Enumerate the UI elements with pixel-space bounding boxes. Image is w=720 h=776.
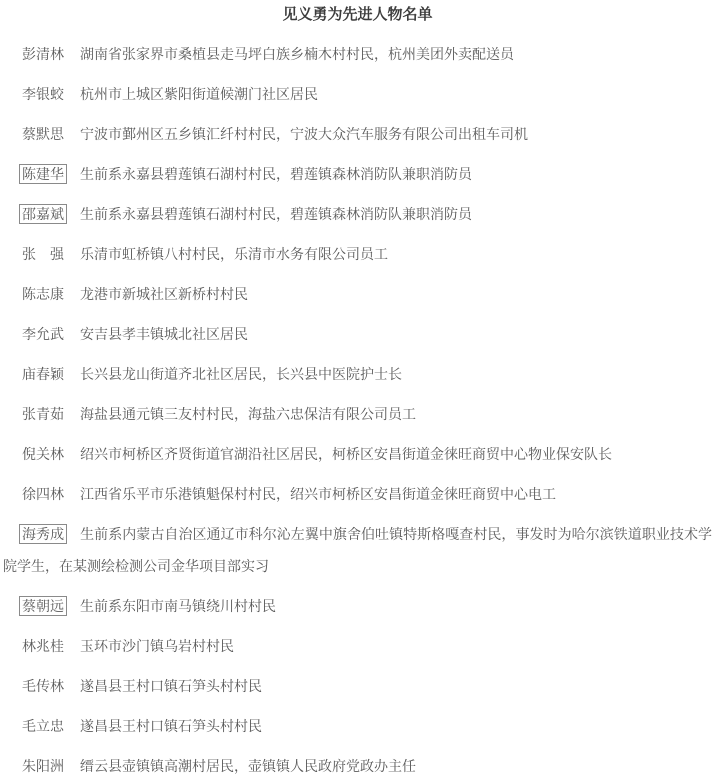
person-name: 蔡默思 [22,126,64,142]
person-description: 湖南省张家界市桑植县走马坪白族乡楠木村村民，杭州美团外卖配送员 [80,46,514,62]
person-name: 朱阳洲 [22,758,64,774]
person-name: 海秀成 [19,524,67,544]
person-name: 陈志康 [22,286,64,302]
list-item: 徐四林江西省乐平市乐港镇魁保村村民，绍兴市柯桥区安昌街道金徕旺商贸中心电工 [3,478,712,510]
person-name: 毛立忠 [22,718,64,734]
document: 见义勇为先进人物名单 彭清林湖南省张家界市桑植县走马坪白族乡楠木村村民，杭州美团… [0,0,720,776]
person-description: 绍兴市柯桥区齐贤街道官湖沿社区居民，柯桥区安昌街道金徕旺商贸中心物业保安队长 [80,446,612,462]
list-item: 毛立忠遂昌县王村口镇石笋头村村民 [3,710,712,742]
person-name: 李允武 [22,326,64,342]
person-name: 倪关林 [22,446,64,462]
person-description: 遂昌县王村口镇石笋头村村民 [80,718,262,734]
list-item: 张青茹海盐县通元镇三友村村民，海盐六忠保洁有限公司员工 [3,398,712,430]
person-name: 李银蛟 [22,86,64,102]
person-description: 生前系永嘉县碧莲镇石湖村村民，碧莲镇森林消防队兼职消防员 [80,166,472,182]
person-name: 毛传林 [22,678,64,694]
person-description: 海盐县通元镇三友村村民，海盐六忠保洁有限公司员工 [80,406,416,422]
list-item: 蔡默思宁波市鄞州区五乡镇汇纤村村民，宁波大众汽车服务有限公司出租车司机 [3,118,712,150]
person-description: 江西省乐平市乐港镇魁保村村民，绍兴市柯桥区安昌街道金徕旺商贸中心电工 [80,486,556,502]
person-description: 生前系永嘉县碧莲镇石湖村村民，碧莲镇森林消防队兼职消防员 [80,206,472,222]
person-name: 邵嘉斌 [19,204,67,224]
list-item: 倪关林绍兴市柯桥区齐贤街道官湖沿社区居民，柯桥区安昌街道金徕旺商贸中心物业保安队… [3,438,712,470]
list-item: 海秀成生前系内蒙古自治区通辽市科尔沁左翼中旗舍伯吐镇特斯格嘎查村民，事发时为哈尔… [3,518,712,582]
person-name: 徐四林 [22,486,64,502]
person-description: 缙云县壶镇镇高潮村居民，壶镇镇人民政府党政办主任 [80,758,416,774]
list-item: 邵嘉斌生前系永嘉县碧莲镇石湖村村民，碧莲镇森林消防队兼职消防员 [3,198,712,230]
person-description: 生前系东阳市南马镇绕川村村民 [80,598,276,614]
list-item: 陈建华生前系永嘉县碧莲镇石湖村村民，碧莲镇森林消防队兼职消防员 [3,158,712,190]
person-description: 宁波市鄞州区五乡镇汇纤村村民，宁波大众汽车服务有限公司出租车司机 [80,126,528,142]
entries-list: 彭清林湖南省张家界市桑植县走马坪白族乡楠木村村民，杭州美团外卖配送员 李银蛟杭州… [3,38,712,776]
person-name: 林兆桂 [22,638,64,654]
person-description: 长兴县龙山街道齐北社区居民，长兴县中医院护士长 [80,366,402,382]
list-item: 陈志康龙港市新城社区新桥村村民 [3,278,712,310]
person-description: 安吉县孝丰镇城北社区居民 [80,326,248,342]
list-item: 彭清林湖南省张家界市桑植县走马坪白族乡楠木村村民，杭州美团外卖配送员 [3,38,712,70]
person-name: 蔡朝远 [19,596,67,616]
person-name: 陈建华 [19,164,67,184]
list-item: 蔡朝远生前系东阳市南马镇绕川村村民 [3,590,712,622]
list-item: 朱阳洲缙云县壶镇镇高潮村居民，壶镇镇人民政府党政办主任 [3,750,712,776]
page-title: 见义勇为先进人物名单 [3,0,712,30]
list-item: 李允武安吉县孝丰镇城北社区居民 [3,318,712,350]
person-name: 张 强 [22,246,64,262]
list-item: 庙春颖长兴县龙山街道齐北社区居民，长兴县中医院护士长 [3,358,712,390]
person-name: 张青茹 [22,406,64,422]
person-description: 玉环市沙门镇乌岩村村民 [80,638,234,654]
person-name: 彭清林 [22,46,64,62]
person-name: 庙春颖 [22,366,64,382]
person-description: 生前系内蒙古自治区通辽市科尔沁左翼中旗舍伯吐镇特斯格嘎查村民，事发时为哈尔滨铁道… [3,526,712,574]
person-description: 龙港市新城社区新桥村村民 [80,286,248,302]
person-description: 乐清市虹桥镇八村村民，乐清市水务有限公司员工 [80,246,388,262]
person-description: 杭州市上城区紫阳街道候潮门社区居民 [80,86,318,102]
list-item: 李银蛟杭州市上城区紫阳街道候潮门社区居民 [3,78,712,110]
list-item: 林兆桂玉环市沙门镇乌岩村村民 [3,630,712,662]
person-description: 遂昌县王村口镇石笋头村村民 [80,678,262,694]
list-item: 毛传林遂昌县王村口镇石笋头村村民 [3,670,712,702]
list-item: 张 强乐清市虹桥镇八村村民，乐清市水务有限公司员工 [3,238,712,270]
